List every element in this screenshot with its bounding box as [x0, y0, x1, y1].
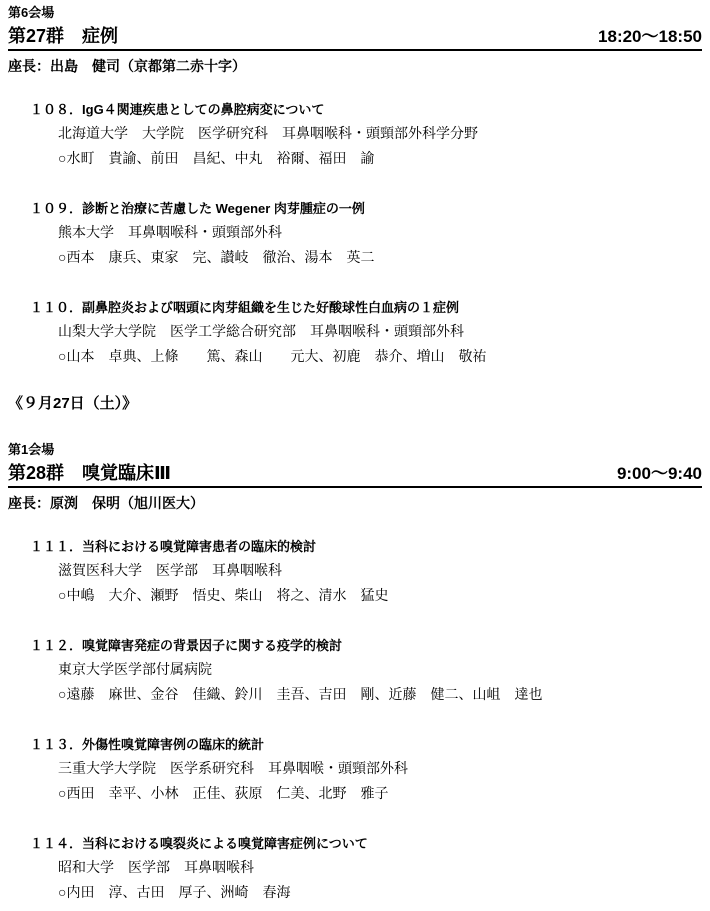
presentation-number: １０９． — [30, 201, 82, 216]
presentation-title: １０９．診断と治療に苦慮した Wegener 肉芽腫症の一例 — [30, 196, 702, 221]
presentation-affiliation: 滋賀医科大学 医学部 耳鼻咽喉科 — [58, 559, 702, 584]
presentation-number: １１０． — [30, 300, 82, 315]
presentation-title-text: 副鼻腔炎および咽頭に肉芽組織を生じた好酸球性白血病の１症例 — [82, 300, 459, 315]
presentation-title: １１４．当科における嗅裂炎による嗅覚障害症例について — [30, 831, 702, 856]
presentation-title-text: 嗅覚障害発症の背景因子に関する疫学的検討 — [82, 638, 342, 653]
presentation-title: １１２．嗅覚障害発症の背景因子に関する疫学的検討 — [30, 633, 702, 658]
presentation-affiliation: 山梨大学大学院 医学工学総合研究部 耳鼻咽喉科・頭頸部外科 — [58, 320, 702, 345]
presentation-authors: ○山本 卓典、上條 篤、森山 元大、初鹿 恭介、増山 敬祐 — [58, 345, 702, 370]
presentation-title: １１１．当科における嗅覚障害患者の臨床的検討 — [30, 534, 702, 559]
date-heading: 《９月27日（土）》 — [8, 394, 702, 414]
session-group-27: 第6会場 第27群 症例 18:20～18:50 座長：出島 健司（京都第二赤十… — [8, 5, 702, 370]
presentation-item: １０８．IgG４関連疾患としての鼻腔病変について 北海道大学 大学院 医学研究科… — [30, 97, 702, 172]
venue-label: 第6会場 — [8, 5, 702, 20]
presentation-title: １１３．外傷性嗅覚障害例の臨床的統計 — [30, 732, 702, 757]
presentation-number: １０８． — [30, 102, 82, 117]
presentation-number: １１４． — [30, 836, 82, 851]
group-header: 第28群 嗅覚臨床Ⅲ 9:00～9:40 — [8, 463, 702, 488]
presentation-title: １１０．副鼻腔炎および咽頭に肉芽組織を生じた好酸球性白血病の１症例 — [30, 295, 702, 320]
group-header: 第27群 症例 18:20～18:50 — [8, 26, 702, 51]
presentation-affiliation: 東京大学医学部付属病院 — [58, 658, 702, 683]
program-page: 第6会場 第27群 症例 18:20～18:50 座長：出島 健司（京都第二赤十… — [0, 0, 710, 911]
presentation-title: １０８．IgG４関連疾患としての鼻腔病変について — [30, 97, 702, 122]
presentation-title-text: IgG４関連疾患としての鼻腔病変について — [82, 102, 324, 117]
presentation-title-text: 当科における嗅裂炎による嗅覚障害症例について — [82, 836, 368, 851]
group-time: 18:20～18:50 — [598, 27, 702, 47]
presentation-title-text: 外傷性嗅覚障害例の臨床的統計 — [82, 737, 264, 752]
presentation-number: １１１． — [30, 539, 82, 554]
presentation-authors: ○中嶋 大介、瀬野 悟史、柴山 将之、清水 猛史 — [58, 584, 702, 609]
presentation-item: １０９．診断と治療に苦慮した Wegener 肉芽腫症の一例 熊本大学 耳鼻咽喉… — [30, 196, 702, 271]
presentation-authors: ○遠藤 麻世、金谷 佳織、鈴川 圭吾、吉田 剛、近藤 健二、山岨 達也 — [58, 683, 702, 708]
presentation-list: １１１．当科における嗅覚障害患者の臨床的検討 滋賀医科大学 医学部 耳鼻咽喉科 … — [30, 534, 702, 906]
chair-line: 座長：原渕 保明（旭川医大） — [8, 494, 702, 512]
presentation-title-text: 診断と治療に苦慮した Wegener 肉芽腫症の一例 — [82, 201, 365, 216]
group-time: 9:00～9:40 — [617, 464, 702, 484]
group-title: 第27群 症例 — [8, 26, 118, 46]
presentation-affiliation: 三重大学大学院 医学系研究科 耳鼻咽喉・頭頸部外科 — [58, 757, 702, 782]
presentation-item: １１３．外傷性嗅覚障害例の臨床的統計 三重大学大学院 医学系研究科 耳鼻咽喉・頭… — [30, 732, 702, 807]
chair-line: 座長：出島 健司（京都第二赤十字） — [8, 57, 702, 75]
presentation-affiliation: 昭和大学 医学部 耳鼻咽喉科 — [58, 856, 702, 881]
presentation-authors: ○西田 幸平、小林 正佳、荻原 仁美、北野 雅子 — [58, 782, 702, 807]
presentation-item: １１４．当科における嗅裂炎による嗅覚障害症例について 昭和大学 医学部 耳鼻咽喉… — [30, 831, 702, 906]
presentation-authors: ○水町 貴諭、前田 昌紀、中丸 裕爾、福田 諭 — [58, 147, 702, 172]
presentation-item: １１１．当科における嗅覚障害患者の臨床的検討 滋賀医科大学 医学部 耳鼻咽喉科 … — [30, 534, 702, 609]
session-group-28: 第1会場 第28群 嗅覚臨床Ⅲ 9:00～9:40 座長：原渕 保明（旭川医大）… — [8, 442, 702, 906]
presentation-authors: ○西本 康兵、東家 完、讃岐 徹治、湯本 英二 — [58, 246, 702, 271]
presentation-authors: ○内田 淳、古田 厚子、洲崎 春海 — [58, 881, 702, 906]
presentation-affiliation: 北海道大学 大学院 医学研究科 耳鼻咽喉科・頭頸部外科学分野 — [58, 122, 702, 147]
group-title: 第28群 嗅覚臨床Ⅲ — [8, 463, 171, 483]
presentation-item: １１２．嗅覚障害発症の背景因子に関する疫学的検討 東京大学医学部付属病院 ○遠藤… — [30, 633, 702, 708]
presentation-title-text: 当科における嗅覚障害患者の臨床的検討 — [82, 539, 316, 554]
presentation-affiliation: 熊本大学 耳鼻咽喉科・頭頸部外科 — [58, 221, 702, 246]
presentation-number: １１２． — [30, 638, 82, 653]
presentation-list: １０８．IgG４関連疾患としての鼻腔病変について 北海道大学 大学院 医学研究科… — [30, 97, 702, 370]
presentation-number: １１３． — [30, 737, 82, 752]
presentation-item: １１０．副鼻腔炎および咽頭に肉芽組織を生じた好酸球性白血病の１症例 山梨大学大学… — [30, 295, 702, 370]
venue-label: 第1会場 — [8, 442, 702, 457]
